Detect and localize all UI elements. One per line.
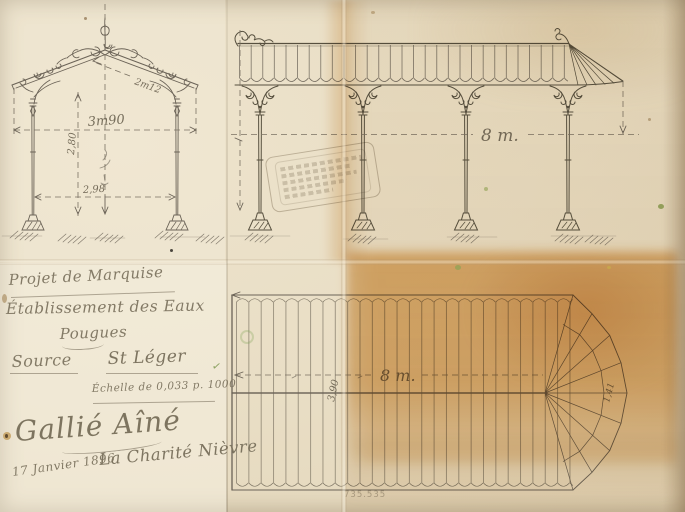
green-speck: [658, 204, 664, 209]
green-speck: [455, 265, 461, 270]
fold-line-horizontal: [0, 259, 685, 265]
drawing-sheet-photo: 3m90 2,80 2,98 2m12: [0, 0, 685, 512]
title-project-underline: [11, 291, 175, 298]
signature: Gallié Aîné: [14, 406, 182, 446]
stamp-text-lines: [274, 148, 372, 206]
plan-straight-section: [232, 292, 573, 490]
title-town: Pougues: [59, 325, 127, 342]
paper-hole: [2, 294, 7, 303]
ground-hatching: [2, 231, 224, 244]
side-elevation-drawing: 8 m.: [225, 0, 645, 250]
dim-label-width-upper: 3m90: [87, 112, 125, 130]
left-bracket-scrollwork: [20, 64, 61, 116]
scale-note: Échelle de 0,033 p. 1000: [92, 379, 237, 395]
paper-speck: [607, 266, 611, 269]
paper-edge-right: [663, 0, 685, 512]
dim-label-length: 8 m.: [481, 126, 519, 146]
dimension-right-drop: [620, 81, 626, 134]
plan-dim-label-length: 8 m.: [380, 366, 416, 385]
paper-hole: [5, 434, 8, 438]
end-elevation-drawing: 3m90 2,80 2,98 2m12: [0, 0, 225, 250]
scale-note-underline: [93, 401, 215, 404]
dim-label-slope: 2m12: [132, 76, 162, 96]
green-check-mark: ✓: [211, 360, 222, 373]
archive-number: 735.535: [344, 490, 386, 500]
title-town-flourish: [62, 339, 104, 351]
date: 17 Janvier 1896: [11, 452, 116, 478]
left-column: [22, 99, 44, 230]
paper-hole: [3, 432, 11, 440]
source-name-underline: [106, 373, 198, 374]
title-establishment: Établissement des Eaux: [6, 299, 205, 318]
source-label: Source: [11, 352, 72, 370]
sheet-bottom-left: [0, 263, 227, 512]
dim-label-height: 2,80: [66, 131, 79, 156]
column-4: [550, 86, 586, 230]
source-label-underline: [10, 373, 78, 374]
source-name: St Léger: [107, 348, 186, 368]
column-3: [448, 86, 484, 230]
title-project: Projet de Marquise: [8, 265, 164, 288]
ground-hatching: [230, 233, 616, 245]
right-column: [166, 99, 188, 230]
canopy-roof-band: [235, 44, 569, 86]
dim-label-width-base: 2,98: [82, 184, 106, 196]
signature-flourish: [61, 437, 161, 457]
dimension-length: 8 m.: [231, 126, 639, 146]
paper-speck: [648, 118, 651, 121]
plan-drawing: 1,41 8 m. 3,90: [226, 287, 640, 501]
